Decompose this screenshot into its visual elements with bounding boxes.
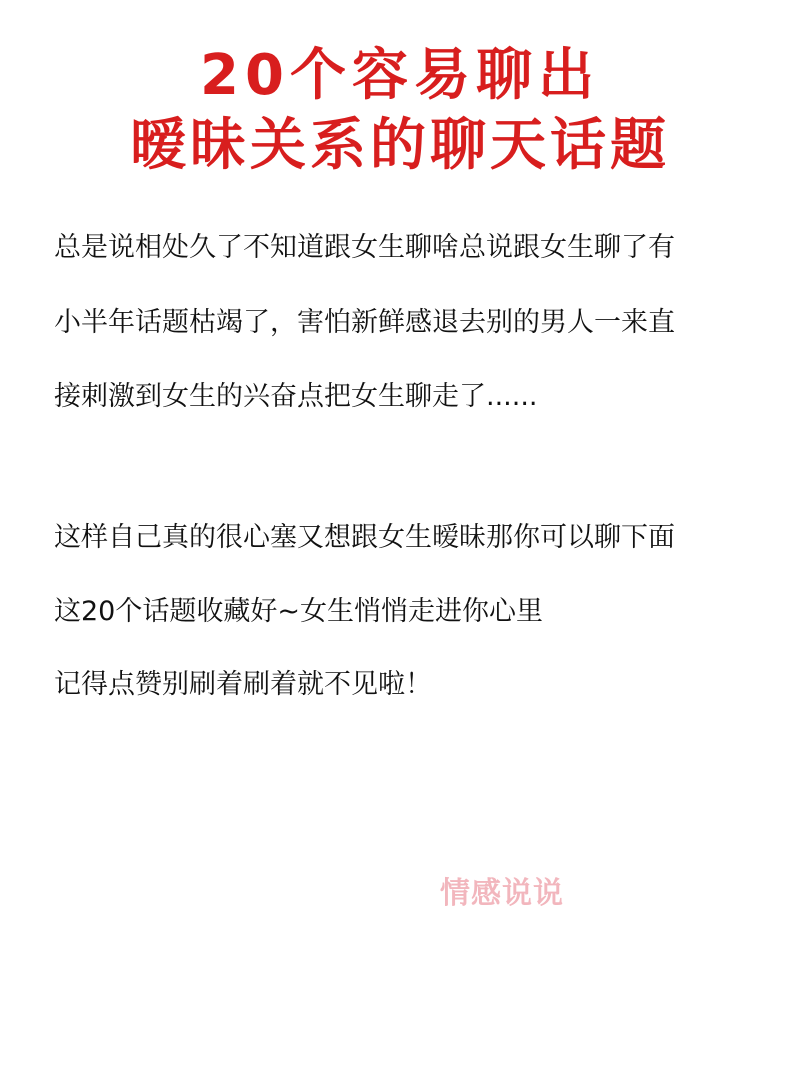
- text-line: 小半年话题枯竭了，害怕新鲜感退去别的男人一来直: [54, 305, 675, 341]
- text-line: 这样自己真的很心塞又想跟女生暧昧那你可以聊下面: [54, 520, 675, 556]
- text-line: 这20个话题收藏好~女生悄悄走进你心里: [54, 594, 543, 630]
- text-line: 记得点赞别刷着刷着就不见啦！: [54, 667, 432, 703]
- title-line-1: 20个容易聊出: [0, 44, 800, 108]
- text-line: 总是说相处久了不知道跟女生聊啥总说跟女生聊了有: [54, 230, 675, 266]
- text-line: 接刺激到女生的兴奋点把女生聊走了......: [54, 379, 538, 415]
- title-line-2: 暧昧关系的聊天话题: [0, 114, 800, 178]
- watermark: 情感说说: [440, 868, 564, 912]
